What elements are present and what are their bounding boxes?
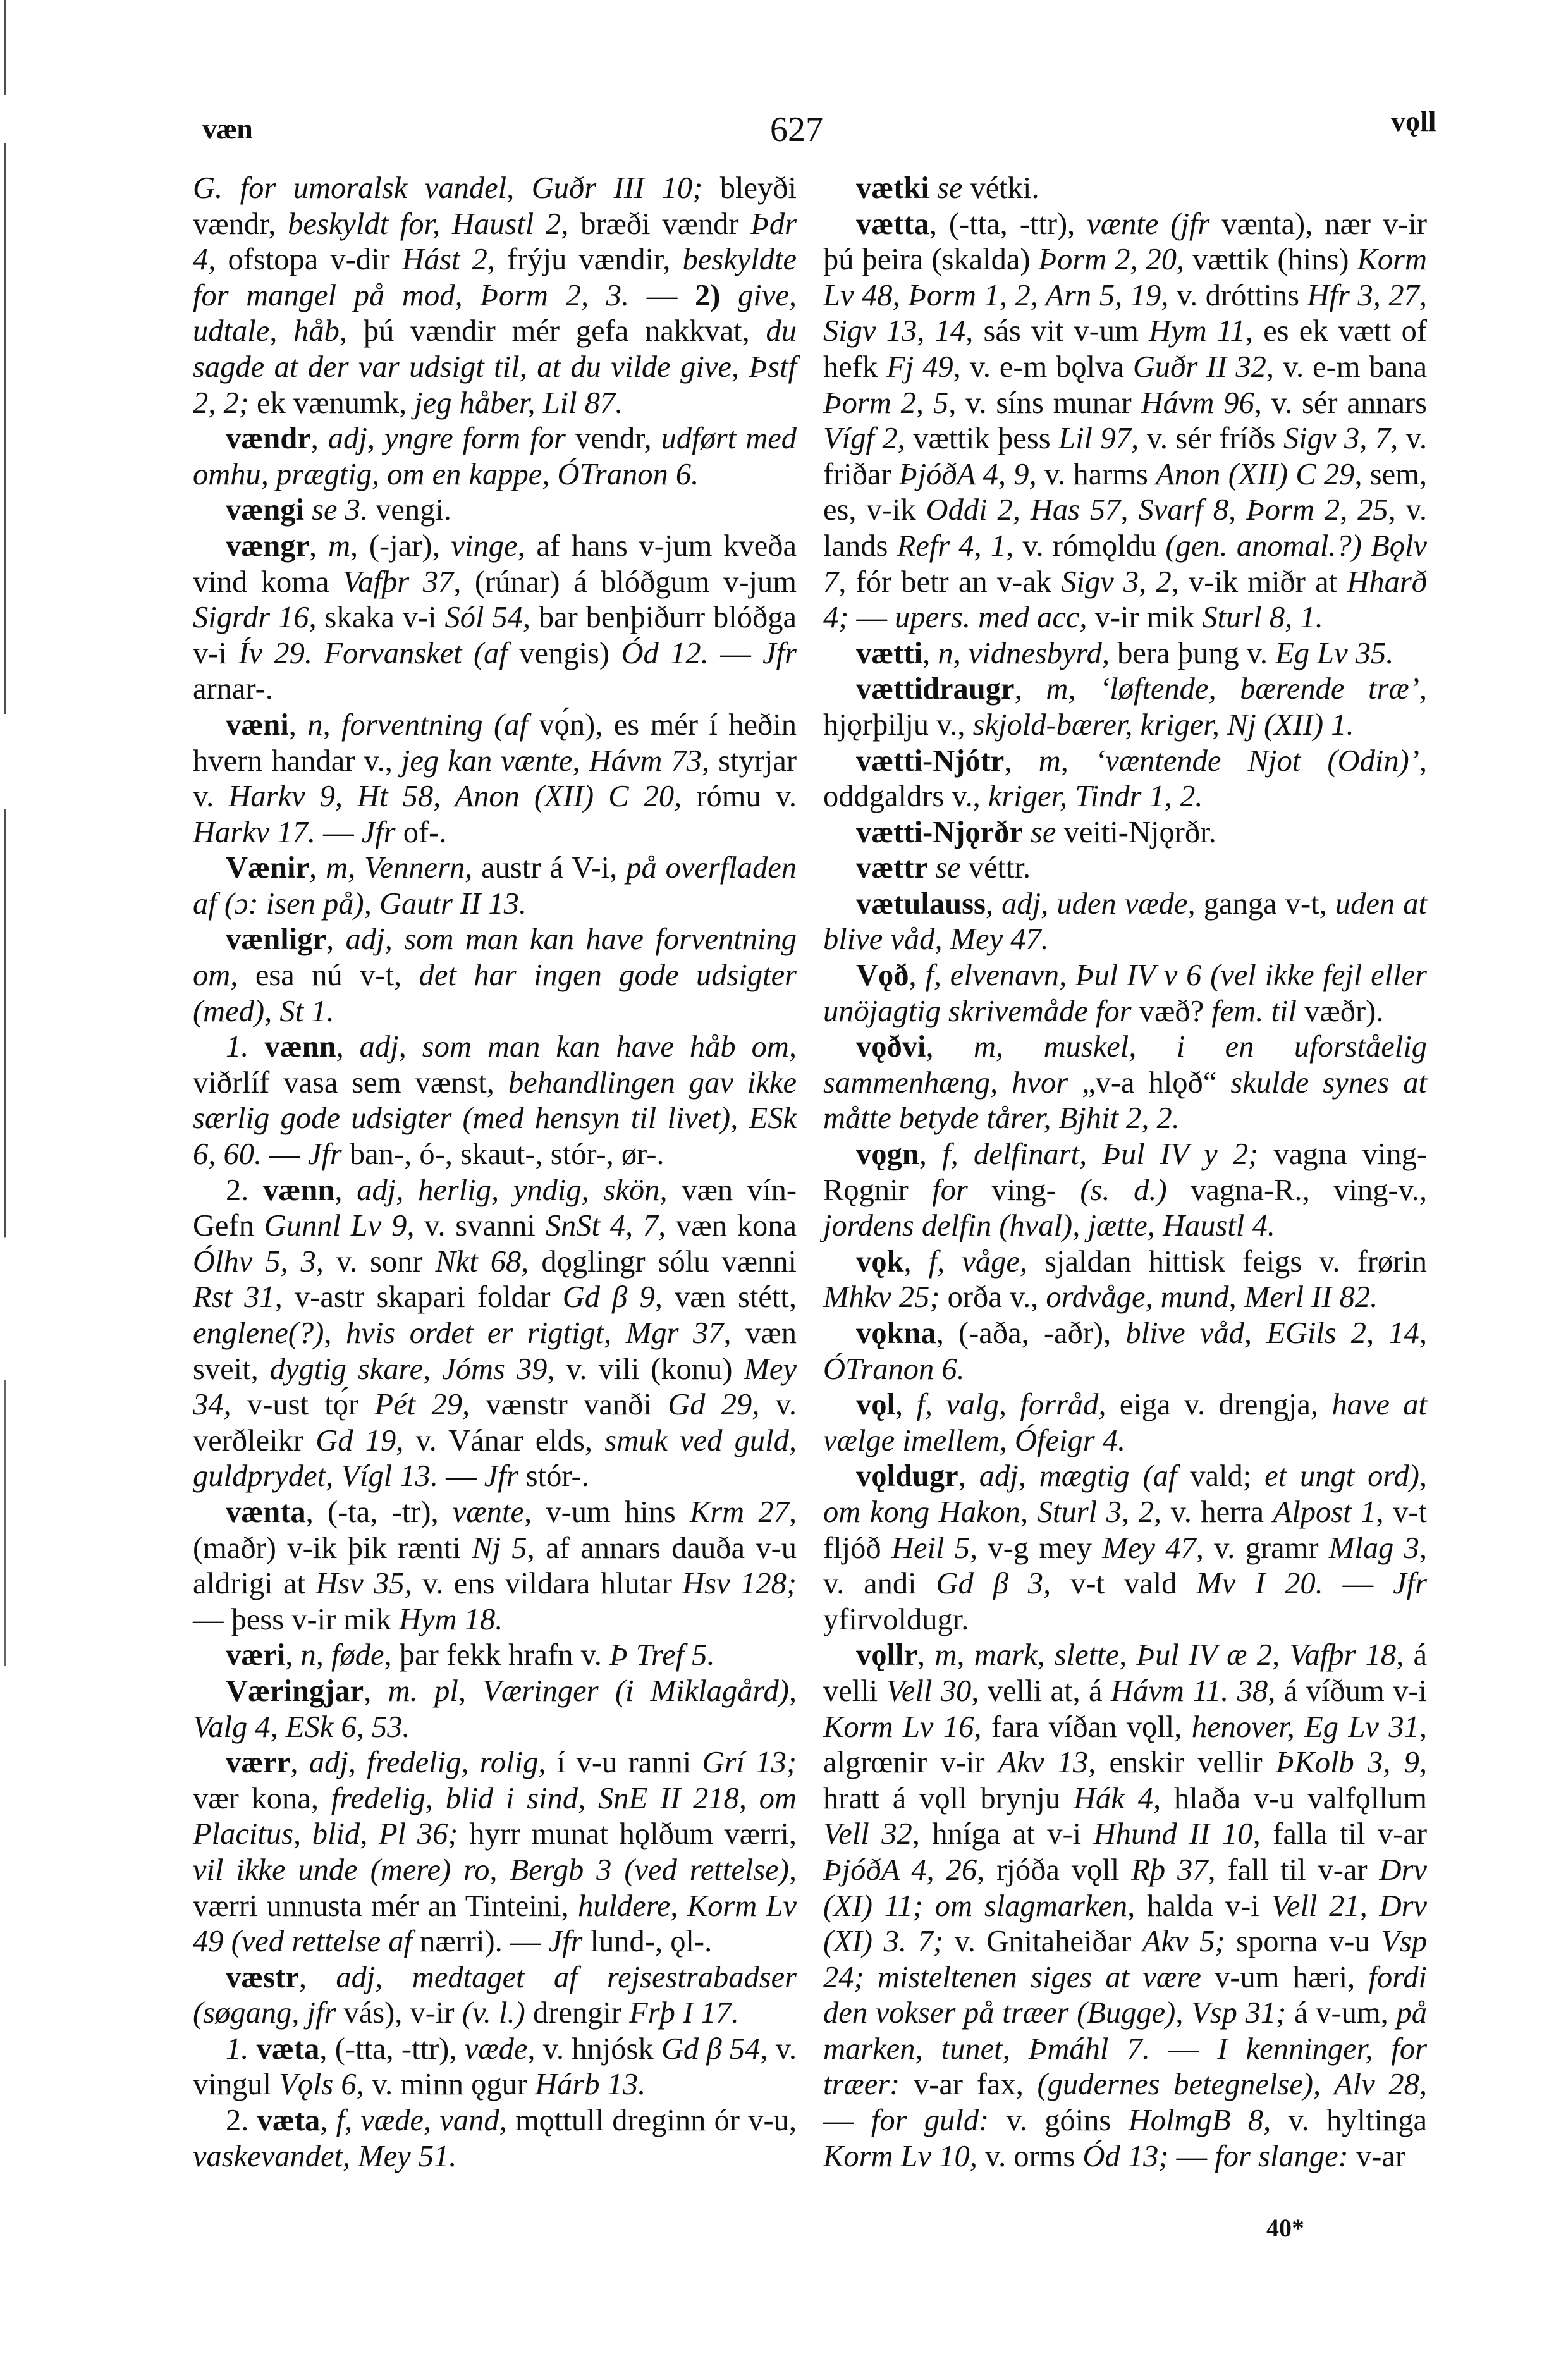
roman-text: , <box>336 1030 360 1064</box>
italic-gloss: Ólhv 5, 3, <box>193 1245 324 1279</box>
italic-gloss: Grí 13; <box>702 1746 797 1779</box>
italic-gloss: Hárb 13. <box>535 2068 646 2101</box>
italic-gloss: ÞjóðA 4, 9, <box>899 458 1037 491</box>
italic-gloss: Sigv 3, 7, <box>1283 422 1398 455</box>
dictionary-entry: 1. væta, (-tta, -ttr), væde, v. hnjósk G… <box>193 2032 797 2103</box>
italic-gloss: Sigv 3, 2, <box>1061 565 1179 599</box>
roman-text: eiga v. drengja, <box>1106 1388 1331 1421</box>
roman-text: — <box>262 1138 308 1171</box>
italic-gloss: Akv 5; <box>1142 1925 1225 1958</box>
italic-gloss: Hávm 11. 38, <box>1111 1674 1275 1708</box>
roman-text: vagna-R., ving-v., <box>1167 1174 1427 1207</box>
dictionary-entry: vænta, (-ta, -tr), vænte, v-um hins Krm … <box>193 1495 797 1638</box>
roman-text: rjóða vǫll <box>984 1853 1131 1887</box>
roman-text: — <box>1169 2140 1215 2173</box>
roman-text: v-astr skapari foldar <box>283 1280 563 1314</box>
headword: vænn <box>264 1030 336 1064</box>
italic-gloss: Guðr II 32, <box>1133 350 1274 384</box>
roman-text: , (-ta, -tr), <box>306 1495 453 1529</box>
italic-gloss: Gd β 9, <box>563 1280 663 1314</box>
italic-gloss: (gudernes betegnelse), Alv 28, <box>1038 2068 1427 2101</box>
roman-text: , <box>926 1030 974 1064</box>
roman-text: nærri). — <box>412 1925 549 1958</box>
roman-text: v. rómǫldu <box>1013 529 1165 563</box>
italic-gloss: HolmgB 8, <box>1129 2104 1271 2137</box>
roman-text: þar fekk hrafn v. <box>392 1638 609 1672</box>
roman-text: fór betr an v-ak <box>846 565 1061 599</box>
roman-text: v-um hæri, <box>1201 1961 1369 1994</box>
roman-text: 2. <box>226 2104 257 2137</box>
italic-gloss: fem. til <box>1211 995 1297 1028</box>
roman-text: ek vænumk, <box>249 386 414 420</box>
headword: vǫgn <box>856 1138 919 1171</box>
roman-text: — <box>438 1459 484 1493</box>
roman-text: viðrlíf vasa sem vænst, <box>193 1066 508 1100</box>
roman-text: veiti-Njǫrðr. <box>1056 816 1216 849</box>
italic-gloss: G. for umoralsk vandel, Guðr III 10; <box>193 171 702 205</box>
italic-gloss: Gd β 3, <box>936 1567 1051 1600</box>
left-catchword: væn <box>202 112 252 145</box>
roman-text: — <box>315 816 362 849</box>
headword: vǫl <box>856 1388 895 1421</box>
italic-gloss: Krm 27, <box>690 1495 797 1529</box>
roman-text: v. Vánar elds, <box>403 1424 604 1457</box>
headword: 2) <box>695 279 720 312</box>
italic-gloss: (s. d.) <box>1080 1174 1166 1207</box>
italic-gloss: beskyldt for, Haustl 2, <box>288 207 568 241</box>
italic-gloss: Korm Lv 10, <box>823 2140 977 2173</box>
italic-gloss: m, ‘væntende Njot (Odin)’, <box>1039 744 1427 778</box>
italic-gloss: f, våge, <box>929 1245 1027 1279</box>
dictionary-entry: vǫkna, (-aða, -aðr), blive våd, EGils 2,… <box>823 1316 1427 1387</box>
italic-gloss: Jfr <box>549 1925 583 1958</box>
italic-gloss: (v. l.) <box>462 1996 525 2030</box>
dictionary-entry: vætki se vétki. <box>823 171 1427 207</box>
headword: vǫldugr <box>856 1459 958 1493</box>
roman-text: vær kona, <box>193 1782 331 1815</box>
italic-gloss: Rþ 37, <box>1131 1853 1215 1887</box>
right-catchword: vǫll <box>1391 104 1436 138</box>
italic-gloss: Hsv 35, <box>315 1567 412 1600</box>
roman-text: , <box>909 959 926 992</box>
roman-text: þú vændir mér gefa nakkvat, <box>347 314 766 348</box>
roman-text: arnar-. <box>193 672 273 706</box>
italic-gloss: Sigrdr 16, <box>193 601 317 634</box>
roman-text: falla til v-ar <box>1261 1817 1427 1851</box>
italic-gloss: jeg håber, Lil 87. <box>414 386 623 420</box>
italic-gloss: Mey 47, <box>1102 1531 1203 1565</box>
dictionary-entry: 1. vænn, adj, som man kan have håb om, v… <box>193 1029 797 1172</box>
headword: vætki <box>856 171 929 205</box>
italic-gloss: 1. <box>226 2032 257 2066</box>
italic-gloss: f, valg, forråd, <box>916 1388 1106 1421</box>
italic-gloss: n, vidnesbyrd, <box>938 637 1110 670</box>
roman-text: , <box>289 708 308 742</box>
headword: vætti-Njǫrðr <box>856 816 1023 849</box>
roman-text: , (-aða, -aðr), <box>936 1316 1126 1350</box>
headword: vængr <box>226 529 309 563</box>
italic-gloss: Nj 5, <box>472 1531 535 1565</box>
italic-gloss: ordvåge, mund, Merl II 82. <box>1046 1280 1378 1314</box>
roman-text: véttr. <box>961 851 1031 885</box>
italic-gloss: Hávm 96, <box>1141 386 1262 420</box>
dictionary-entry: G. for umoralsk vandel, Guðr III 10; ble… <box>193 171 797 421</box>
roman-text: v. svanni <box>414 1209 545 1242</box>
dictionary-entry: vættr se véttr. <box>823 850 1427 886</box>
dictionary-entry: værr, adj, fredelig, rolig, í v-u ranni … <box>193 1745 797 1960</box>
signature-mark: 40* <box>1266 2213 1304 2243</box>
italic-gloss: Refr 4, 1, <box>897 529 1014 563</box>
roman-text: v. orms <box>977 2140 1083 2173</box>
italic-gloss: SnSt 4, 7, <box>546 1209 666 1242</box>
roman-text: — <box>1323 1567 1393 1600</box>
italic-gloss: m, Vennern, <box>326 851 472 885</box>
roman-text: , <box>285 1638 300 1672</box>
roman-text: velli at, á <box>979 1674 1111 1708</box>
italic-gloss: Þorm 2, 20, <box>1039 243 1185 276</box>
roman-text: v-ar <box>1349 2140 1405 2173</box>
roman-text: , <box>1015 672 1046 706</box>
italic-gloss: Lil 97, <box>1058 422 1139 455</box>
roman-text: — þess v-ir mik <box>193 1603 399 1636</box>
roman-text: vættik þess <box>905 422 1058 455</box>
italic-gloss: f, delfinart, Þul IV y 2; <box>942 1138 1258 1171</box>
roman-text: v-ar fax, <box>900 2068 1037 2101</box>
italic-gloss: jordens delfin (hval), jætte, Haustl 4. <box>823 1209 1275 1242</box>
italic-gloss: vænte, <box>453 1495 532 1529</box>
italic-gloss: Korm Lv 16, <box>823 1710 981 1744</box>
italic-gloss: adj, herlig, yndig, skön, <box>357 1174 667 1207</box>
dictionary-entry: vætta, (-tta, -ttr), vænte (jfr vænta), … <box>823 207 1427 636</box>
italic-gloss: Hást 2, <box>402 243 495 276</box>
dictionary-entry: vǫðvi, m, muskel, i en uforståelig samme… <box>823 1029 1427 1137</box>
headword: vættidraugr <box>856 672 1015 706</box>
roman-text: á víðum v-i <box>1275 1674 1427 1708</box>
roman-text: vengis) <box>508 637 621 670</box>
headword: vǫk <box>856 1245 903 1279</box>
dictionary-entry: 2. vænn, adj, herlig, yndig, skön, væn v… <box>193 1173 797 1495</box>
italic-gloss: Jfr <box>762 637 797 670</box>
roman-text: hjǫrþilju v., <box>823 708 973 742</box>
italic-gloss: se 3. <box>304 493 368 527</box>
roman-text: v-ir mik <box>1087 601 1203 634</box>
roman-text: , <box>364 1674 388 1708</box>
roman-text: , <box>922 637 938 670</box>
dictionary-entry: vǫldugr, adj, mægtig (af vald; et ungt o… <box>823 1459 1427 1638</box>
roman-text: v. sér fríðs <box>1139 422 1283 455</box>
italic-gloss: f, væde, vand, <box>336 2104 507 2137</box>
roman-text: sjaldan hittisk feigs v. frørin <box>1027 1245 1427 1279</box>
roman-text: værri unnusta mér an Tinteini, <box>193 1889 578 1923</box>
roman-text: bræði vændr <box>568 207 750 241</box>
italic-gloss: Heil 5, <box>891 1531 977 1565</box>
roman-text: enskir vellir <box>1096 1746 1276 1779</box>
italic-gloss: Gd β 54, <box>661 2032 768 2066</box>
italic-gloss: m, ‘løftende, bærende træ’, <box>1046 672 1427 706</box>
headword: vǫðvi <box>856 1030 926 1064</box>
italic-gloss: Nkt 68, <box>435 1245 529 1279</box>
roman-text: , <box>917 1638 934 1672</box>
roman-text: í v-u ranni <box>546 1746 702 1779</box>
italic-gloss: adj, fredelig, rolig, <box>309 1746 546 1779</box>
italic-gloss: henover, Eg Lv 31, <box>1192 1710 1427 1744</box>
headword: vætta <box>856 207 929 241</box>
roman-text: v-ust tǫ́r <box>231 1388 375 1421</box>
roman-text: v. góins <box>989 2104 1128 2137</box>
roman-text: hyrr munat hǫlðum værri, <box>458 1817 797 1851</box>
italic-gloss: jeg kan vænte, Hávm 73, <box>401 744 709 778</box>
roman-text: drengir <box>525 1996 629 2030</box>
italic-gloss: adj, som man kan have håb om, <box>360 1030 797 1064</box>
italic-gloss: Eg Lv 35. <box>1275 637 1393 670</box>
italic-gloss: Hsv 128; <box>682 1567 797 1600</box>
italic-gloss: Jfr <box>1393 1567 1427 1600</box>
dictionary-entry: vætti-Njǫrðr se veiti-Njǫrðr. <box>823 815 1427 851</box>
roman-text: , <box>919 1138 942 1171</box>
dictionary-entry: væstr, adj, medtaget af rejsestrabadser … <box>193 1960 797 2032</box>
roman-text: , <box>320 2104 336 2137</box>
roman-text: vænstr vanði <box>470 1388 668 1421</box>
headword: vændr <box>226 422 311 455</box>
headword: væta <box>257 2104 321 2137</box>
headword: væri <box>226 1638 285 1672</box>
roman-text: v. minn ǫgur <box>364 2068 535 2101</box>
headword: vætti <box>856 637 922 670</box>
roman-text: hratt á vǫll brynju <box>823 1782 1074 1815</box>
headword: væstr <box>226 1961 299 1994</box>
dictionary-entry: væni, n, forventning (af vǫ́n), es mér í… <box>193 708 797 850</box>
roman-text: , (-tta, -ttr), <box>929 207 1087 241</box>
headword: Vænir <box>226 851 309 885</box>
roman-text: vendr, <box>566 422 661 455</box>
roman-text: — <box>1150 2032 1218 2066</box>
roman-text: oddgaldrs v., <box>823 780 988 813</box>
italic-gloss: se <box>1023 816 1056 849</box>
roman-text: lund-, ǫl-. <box>582 1925 712 1958</box>
roman-text: skaka v-i <box>317 601 445 634</box>
roman-text: vald; <box>1177 1459 1264 1493</box>
dictionary-entry: vætti-Njótr, m, ‘væntende Njot (Odin)’, … <box>823 744 1427 815</box>
roman-text: — <box>709 637 762 670</box>
roman-text: v. ens vildara hlutar <box>412 1567 683 1600</box>
italic-gloss: Þorm 2, 5, <box>823 386 956 420</box>
headword: Væringjar <box>226 1674 364 1708</box>
roman-text: , <box>309 529 328 563</box>
italic-gloss: Ód 12. <box>621 637 708 670</box>
page-number: 627 <box>770 109 823 150</box>
headword: vǫllr <box>856 1638 917 1672</box>
roman-text: (rúnar) á blóðgum v-jum <box>461 565 797 599</box>
roman-text: orða v., <box>940 1280 1046 1314</box>
italic-gloss: Ív 29. Forvansket (af <box>238 637 508 670</box>
roman-text: dǫglingr sólu vænni <box>529 1245 797 1279</box>
headword: værr <box>226 1746 290 1779</box>
italic-gloss: se <box>927 851 961 885</box>
roman-text: , <box>326 923 346 956</box>
italic-gloss: for <box>932 1174 968 1207</box>
italic-gloss: englene(?), hvis ordet er rigtigt, Mgr 3… <box>193 1316 732 1350</box>
roman-text: v. síns munar <box>956 386 1141 420</box>
roman-text: fara víðan vǫll, <box>981 1710 1191 1744</box>
italic-gloss: Hák 4, <box>1074 1782 1161 1815</box>
roman-text: ving- <box>968 1174 1080 1207</box>
italic-gloss: vinge, <box>451 529 525 563</box>
roman-text: ganga v-t, <box>1196 887 1335 921</box>
roman-text: (-jar), <box>358 529 451 563</box>
italic-gloss: Frþ I 17. <box>629 1996 739 2030</box>
italic-gloss: skjold-bærer, kriger, Nj (XII) 1. <box>973 708 1354 742</box>
headword: vængi <box>226 493 304 527</box>
italic-gloss: Pét 29, <box>375 1388 470 1421</box>
dictionary-entry: vængi se 3. vengi. <box>193 493 797 529</box>
scan-binding-edge <box>4 0 6 2380</box>
roman-text: austr á V-i, <box>472 851 626 885</box>
roman-text: , <box>903 1245 928 1279</box>
roman-text: , <box>299 1961 336 1994</box>
roman-text: esa nú v-t, <box>238 959 419 992</box>
roman-text: v. Gnitaheiðar <box>943 1925 1142 1958</box>
italic-gloss: Harkv 17. <box>193 816 315 849</box>
dictionary-entry: vætti, n, vidnesbyrd, bera þung v. Eg Lv… <box>823 636 1427 672</box>
italic-gloss: upers. med acc, <box>895 601 1087 634</box>
italic-gloss: Vafþr 37, <box>343 565 461 599</box>
roman-text: 2. <box>226 1174 263 1207</box>
roman-text: yfirvoldugr. <box>823 1603 969 1636</box>
dictionary-entry: vændr, adj, yngre form for vendr, udført… <box>193 421 797 493</box>
roman-text: of-. <box>396 816 447 849</box>
italic-gloss: for slange: <box>1215 2140 1349 2173</box>
headword: vǫkna <box>856 1316 936 1350</box>
italic-gloss: Gunnl Lv 9, <box>264 1209 415 1242</box>
dictionary-entry: vǫgn, f, delfinart, Þul IV y 2; vagna vi… <box>823 1137 1427 1244</box>
roman-text: bera þung v. <box>1110 637 1275 670</box>
roman-text: v-t vald <box>1051 1567 1196 1600</box>
roman-text: hníga at v-i <box>920 1817 1094 1851</box>
italic-gloss: 1. <box>226 1030 264 1064</box>
italic-gloss: m, <box>328 529 358 563</box>
roman-text: vættik (hins) <box>1184 243 1357 276</box>
italic-gloss: se <box>929 171 963 205</box>
roman-text: væn kona <box>666 1209 797 1242</box>
italic-gloss: Rst 31, <box>193 1280 283 1314</box>
dictionary-entry: Væringjar, m. pl, Væringer (i Miklagård)… <box>193 1674 797 1745</box>
roman-text: vengi. <box>368 493 451 527</box>
roman-text: v. herra <box>1161 1495 1273 1529</box>
roman-text: — <box>823 2104 871 2137</box>
dictionary-entry: Vǫð, f, elvenavn, Þul IV v 6 (vel ikke f… <box>823 958 1427 1029</box>
roman-text: v. harms <box>1037 458 1156 491</box>
roman-text: v-ik miðr at <box>1179 565 1347 599</box>
roman-text: rómu v. <box>682 780 797 813</box>
roman-text: v. sonr <box>324 1245 436 1279</box>
roman-text: ofstopa v-dir <box>216 243 401 276</box>
roman-text: v. andi <box>823 1567 936 1600</box>
roman-text: v. vili (konu) <box>554 1353 744 1386</box>
italic-gloss: Mlag 3, <box>1329 1531 1427 1565</box>
roman-text: , <box>311 422 328 455</box>
left-column: G. for umoralsk vandel, Guðr III 10; ble… <box>193 171 797 2175</box>
italic-gloss: Mv I 20. <box>1196 1567 1323 1600</box>
italic-gloss: Fj 49, <box>886 350 961 384</box>
dictionary-entry: vǫl, f, valg, forråd, eiga v. drengja, h… <box>823 1387 1427 1459</box>
dictionary-entry: vængr, m, (-jar), vinge, af hans v-jum k… <box>193 529 797 708</box>
italic-gloss: vil ikke unde (mere) ro, Bergb 3 (ved re… <box>193 1853 797 1887</box>
running-header: væn 627 vǫll <box>0 85 1561 136</box>
italic-gloss: kriger, Tindr 1, 2. <box>988 780 1203 813</box>
roman-text: vás), v-ir <box>336 1996 462 2030</box>
italic-gloss: Hym 11, <box>1149 314 1253 348</box>
dictionary-entry: Vænir, m, Vennern, austr á V-i, på overf… <box>193 850 797 922</box>
roman-text: v. gramr <box>1204 1531 1329 1565</box>
headword: væta <box>257 2032 320 2066</box>
italic-gloss: Sturl 8, 1. <box>1202 601 1323 634</box>
roman-text: — <box>848 601 895 634</box>
roman-text: algrœnir v-ir <box>823 1746 998 1779</box>
roman-text: vétki. <box>962 171 1039 205</box>
italic-gloss: dygtig skare, Jóms 39, <box>270 1353 555 1386</box>
italic-gloss: Gd 19, <box>315 1424 403 1457</box>
italic-gloss: n, føde, <box>301 1638 392 1672</box>
roman-text: væðr). <box>1297 995 1383 1028</box>
italic-gloss: ÞKolb 3, 9, <box>1276 1746 1427 1779</box>
italic-gloss: Sól 54, <box>445 601 530 634</box>
italic-gloss: Ód 13; <box>1082 2140 1168 2173</box>
roman-text: v. e-m bǫlva <box>961 350 1133 384</box>
italic-gloss: Harkv 9, Ht 58, Anon (XII) C 20, <box>228 780 682 813</box>
headword: væni <box>226 708 289 742</box>
roman-text: , <box>334 1174 357 1207</box>
italic-gloss: vænte (jfr <box>1087 207 1209 241</box>
roman-text: ban-, ó-, skaut-, stór-, ør-. <box>342 1138 664 1171</box>
italic-gloss: Vígf 2, <box>823 422 905 455</box>
italic-gloss: Akv 13, <box>998 1746 1096 1779</box>
italic-gloss: for guld: <box>871 2104 989 2137</box>
dictionary-entry: vænligr, adj, som man kan have forventni… <box>193 922 797 1029</box>
roman-text: , <box>1004 744 1038 778</box>
italic-gloss: m, mark, slette, Þul IV æ 2, Vafþr 18, <box>934 1638 1404 1672</box>
italic-gloss: adj, yngre form for <box>328 422 566 455</box>
italic-gloss: væde, <box>465 2032 536 2066</box>
roman-text: , <box>986 887 1001 921</box>
roman-text: , <box>958 1459 979 1493</box>
italic-gloss: Oddi 2, Has 57, Svarf 8, Þorm 2, 25, <box>926 493 1396 527</box>
italic-gloss: Anon (XII) C 29, <box>1156 458 1362 491</box>
roman-text: v. sér annars <box>1262 386 1427 420</box>
headword: vænligr <box>226 923 326 956</box>
roman-text: væn stétt, <box>663 1280 797 1314</box>
roman-text: fall til v-ar <box>1216 1853 1380 1887</box>
roman-text: mǫttull dreginn ór v-u, <box>507 2104 797 2137</box>
italic-gloss: ÞjóðA 4, 26, <box>823 1853 984 1887</box>
roman-text: væð? <box>1132 995 1212 1028</box>
roman-text: á v-um, <box>1286 1996 1396 2030</box>
roman-text: v. dróttins <box>1168 279 1307 312</box>
headword: vætulauss <box>856 887 986 921</box>
roman-text: hlaða v-u valfǫllum <box>1161 1782 1427 1815</box>
italic-gloss: Mhkv 25; <box>823 1280 940 1314</box>
roman-text: , (-tta, -ttr), <box>319 2032 464 2066</box>
roman-text: v. hnjósk <box>536 2032 661 2066</box>
italic-gloss: Gd 29, <box>668 1388 759 1421</box>
roman-text: (maðr) v-ik þik rænti <box>193 1531 472 1565</box>
dictionary-entry: vætulauss, adj, uden væde, ganga v-t, ud… <box>823 886 1427 958</box>
roman-text: sás vit v-um <box>973 314 1149 348</box>
roman-text: stór-. <box>518 1459 589 1493</box>
roman-text: , <box>309 851 326 885</box>
italic-gloss: n, forventning (af <box>307 708 528 742</box>
roman-text: v. hyltinga <box>1271 2104 1427 2137</box>
italic-gloss: Vell 30, <box>886 1674 979 1708</box>
